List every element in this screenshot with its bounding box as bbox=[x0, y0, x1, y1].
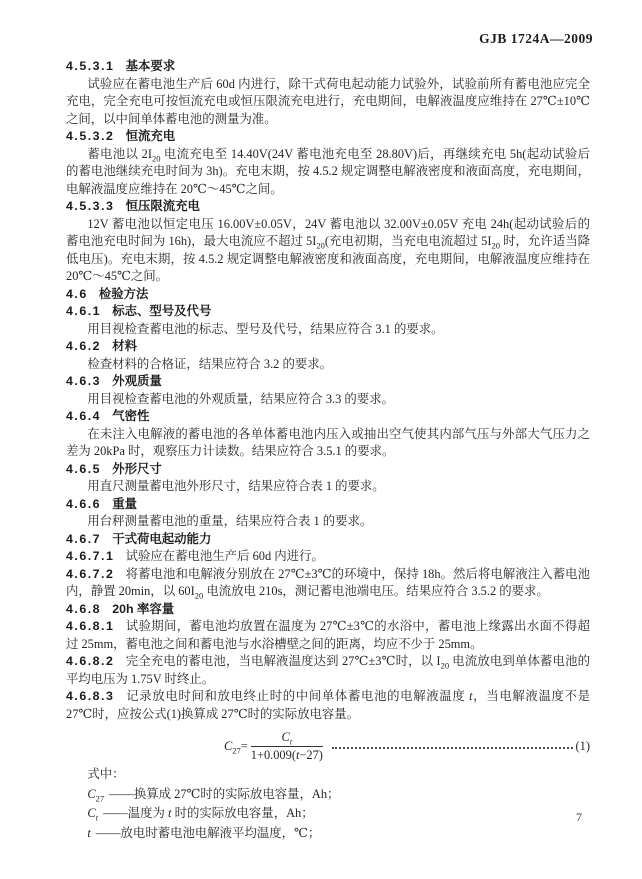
document-body: 4.5.3.1基本要求试验应在蓄电池生产后 60d 内进行，除干式荷电起动能力试… bbox=[66, 58, 590, 843]
clause-title: 检验方法 bbox=[99, 287, 149, 301]
dotted-leader bbox=[332, 747, 573, 749]
clause-heading: 4.6.4气密性 bbox=[66, 408, 590, 426]
clause-heading: 4.6.820h 率容量 bbox=[66, 601, 590, 619]
clause-title: 材料 bbox=[112, 339, 137, 353]
clause-number: 4.6.3 bbox=[66, 374, 101, 388]
numbered-paragraph: 4.6.8.3记录放电时间和放电终止时的中间单体蓄电池的电解液温度 t，当电解液… bbox=[66, 688, 590, 723]
clause-number: 4.5.3.3 bbox=[66, 199, 114, 213]
formula-lhs: C27= bbox=[224, 739, 248, 754]
clause-title: 恒流充电 bbox=[126, 129, 176, 143]
where-definitions: C27——换算成 27℃时的实际放电容量，Ah；Ct——温度为 t 时的实际放电… bbox=[87, 785, 590, 844]
formula-numerator: Ct bbox=[251, 730, 323, 747]
clause-number: 4.5.3.2 bbox=[66, 129, 114, 143]
clause-number: 4.5.3.1 bbox=[66, 59, 114, 73]
clause-title: 重量 bbox=[112, 497, 137, 511]
clause-title: 基本要求 bbox=[126, 59, 176, 73]
body-paragraph: 检查材料的合格证，结果应符合 3.2 的要求。 bbox=[66, 356, 590, 374]
equation-number: (1) bbox=[576, 739, 590, 754]
clause-number: 4.6.6 bbox=[66, 497, 101, 511]
body-paragraph: 用目视检查蓄电池的标志、型号及代号，结果应符合 3.1 的要求。 bbox=[66, 321, 590, 339]
definition-item: Ct——温度为 t 时的实际放电容量，Ah； bbox=[87, 804, 590, 824]
clause-number: 4.6.7 bbox=[66, 532, 101, 546]
formula-fraction: Ct 1+0.009(t−27) bbox=[251, 730, 323, 763]
clause-number: 4.6.7.1 bbox=[66, 549, 114, 563]
clause-number: 4.6.8.1 bbox=[66, 619, 114, 633]
definition-symbol: Ct bbox=[87, 806, 98, 820]
numbered-paragraph: 4.6.8.1试验期间，蓄电池均放置在温度为 27℃±3℃的水浴中，蓄电池上缘露… bbox=[66, 618, 590, 653]
definition-item: t——放电时蓄电池电解液平均温度，℃； bbox=[87, 824, 590, 844]
numbered-paragraph: 4.6.7.1试验应在蓄电池生产后 60d 内进行。 bbox=[66, 548, 590, 566]
formula-1: C27= Ct 1+0.009(t−27) (1) bbox=[66, 730, 590, 763]
numbered-paragraph: 4.6.7.2将蓄电池和电解液分别放在 27℃±3℃的环境中，保持 18h。然后… bbox=[66, 566, 590, 601]
clause-heading: 4.6.6重量 bbox=[66, 496, 590, 514]
clause-title: 恒压限流充电 bbox=[126, 199, 200, 213]
clause-title: 外形尺寸 bbox=[112, 462, 162, 476]
clause-title: 外观质量 bbox=[112, 374, 162, 388]
body-paragraph: 蓄电池以 2I20 电流充电至 14.40V(24V 蓄电池充电至 28.80V… bbox=[66, 146, 590, 199]
definition-symbol: C27 bbox=[87, 787, 104, 801]
clause-heading: 4.6.1标志、型号及代号 bbox=[66, 303, 590, 321]
body-paragraph: 用台秤测量蓄电池的重量，结果应符合表 1 的要求。 bbox=[66, 513, 590, 531]
clause-number: 4.6.5 bbox=[66, 462, 101, 476]
body-paragraph: 12V 蓄电池以恒定电压 16.00V±0.05V，24V 蓄电池以 32.00… bbox=[66, 216, 590, 286]
where-label: 式中： bbox=[66, 766, 590, 784]
definition-item: C27——换算成 27℃时的实际放电容量，Ah； bbox=[87, 785, 590, 805]
numbered-paragraph: 4.6.8.2完全充电的蓄电池，当电解液温度达到 27℃±3℃时，以 I20 电… bbox=[66, 653, 590, 688]
clause-number: 4.6.8.2 bbox=[66, 654, 114, 668]
clause-number: 4.6.4 bbox=[66, 409, 101, 423]
clause-heading: 4.6.3外观质量 bbox=[66, 373, 590, 391]
formula-denominator: 1+0.009(t−27) bbox=[251, 747, 323, 763]
clause-heading: 4.6检验方法 bbox=[66, 286, 590, 304]
clause-heading: 4.6.7干式荷电起动能力 bbox=[66, 531, 590, 549]
body-paragraph: 用目视检查蓄电池的外观质量，结果应符合 3.3 的要求。 bbox=[66, 391, 590, 409]
body-paragraph: 用直尺测量蓄电池外形尺寸，结果应符合表 1 的要求。 bbox=[66, 478, 590, 496]
clause-heading: 4.5.3.2恒流充电 bbox=[66, 128, 590, 146]
definition-symbol: t bbox=[87, 826, 90, 840]
body-paragraph: 试验应在蓄电池生产后 60d 内进行，除干式荷电起动能力试验外，试验前所有蓄电池… bbox=[66, 76, 590, 129]
content-blocks: 4.5.3.1基本要求试验应在蓄电池生产后 60d 内进行，除干式荷电起动能力试… bbox=[66, 58, 590, 723]
clause-number: 4.6.8.3 bbox=[66, 689, 114, 703]
clause-heading: 4.6.2材料 bbox=[66, 338, 590, 356]
clause-title: 标志、型号及代号 bbox=[112, 304, 211, 318]
page-number: 7 bbox=[576, 810, 582, 825]
body-paragraph: 在未注入电解液的蓄电池的各单体蓄电池内压入或抽出空气使其内部气压与外部大气压力之… bbox=[66, 426, 590, 461]
clause-number: 4.6.7.2 bbox=[66, 567, 114, 581]
clause-number: 4.6.1 bbox=[66, 304, 101, 318]
clause-heading: 4.6.5外形尺寸 bbox=[66, 461, 590, 479]
clause-number: 4.6 bbox=[66, 287, 88, 301]
clause-title: 气密性 bbox=[112, 409, 149, 423]
clause-title: 20h 率容量 bbox=[112, 602, 174, 616]
clause-number: 4.6.2 bbox=[66, 339, 101, 353]
standard-code-header: GJB 1724A—2009 bbox=[479, 31, 593, 47]
document-page: GJB 1724A—2009 4.5.3.1基本要求试验应在蓄电池生产后 60d… bbox=[0, 0, 642, 879]
clause-heading: 4.5.3.1基本要求 bbox=[66, 58, 590, 76]
clause-title: 干式荷电起动能力 bbox=[112, 532, 211, 546]
clause-heading: 4.5.3.3恒压限流充电 bbox=[66, 198, 590, 216]
clause-number: 4.6.8 bbox=[66, 602, 101, 616]
